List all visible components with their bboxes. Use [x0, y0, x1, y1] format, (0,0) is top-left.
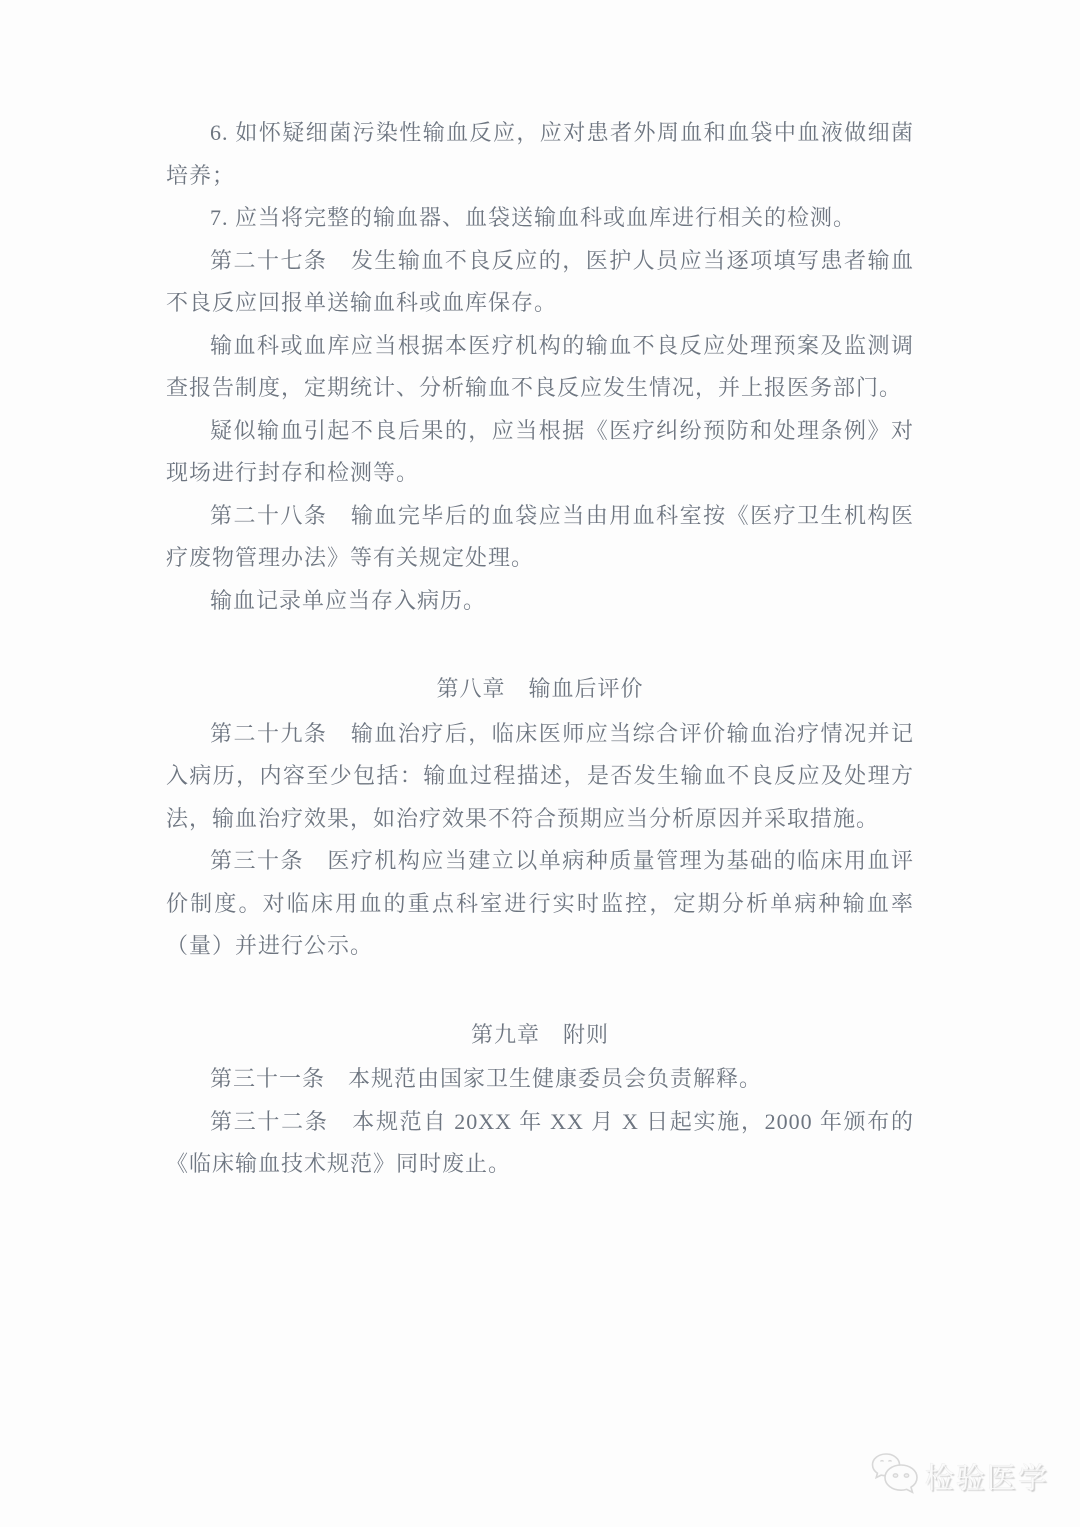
paragraph: 第二十七条 发生输血不良反应的，医护人员应当逐项填写患者输血不良反应回报单送输血…: [166, 240, 914, 325]
paragraph: 疑似输血引起不良后果的，应当根据《医疗纠纷预防和处理条例》对现场进行封存和检测等…: [166, 410, 914, 495]
paragraph: 第二十九条 输血治疗后，临床医师应当综合评价输血治疗情况并记入病历，内容至少包括…: [166, 713, 914, 841]
paragraph: 输血科或血库应当根据本医疗机构的输血不良反应处理预案及监测调查报告制度，定期统计…: [166, 325, 914, 410]
wechat-icon: [870, 1451, 920, 1501]
chapter-heading: 第八章 输血后评价: [166, 668, 914, 711]
chapter-heading: 第九章 附则: [166, 1014, 914, 1057]
paragraph: 第三十一条 本规范由国家卫生健康委员会负责解释。: [166, 1058, 914, 1101]
watermark-label: 检验医学: [925, 1456, 1049, 1497]
document-page: 6. 如怀疑细菌污染性输血反应，应对患者外周血和血袋中血液做细菌培养； 7. 应…: [166, 112, 914, 1186]
watermark: 检验医学: [870, 1451, 1049, 1501]
paragraph: 输血记录单应当存入病历。: [166, 580, 914, 623]
paragraph: 6. 如怀疑细菌污染性输血反应，应对患者外周血和血袋中血液做细菌培养；: [166, 112, 914, 197]
paragraph: 第三十条 医疗机构应当建立以单病种质量管理为基础的临床用血评价制度。对临床用血的…: [166, 840, 914, 968]
paragraph: 第三十二条 本规范自 20XX 年 XX 月 X 日起实施，2000 年颁布的《…: [166, 1101, 914, 1186]
paragraph: 7. 应当将完整的输血器、血袋送输血科或血库进行相关的检测。: [166, 197, 914, 240]
paragraph: 第二十八条 输血完毕后的血袋应当由用血科室按《医疗卫生机构医疗废物管理办法》等有…: [166, 495, 914, 580]
